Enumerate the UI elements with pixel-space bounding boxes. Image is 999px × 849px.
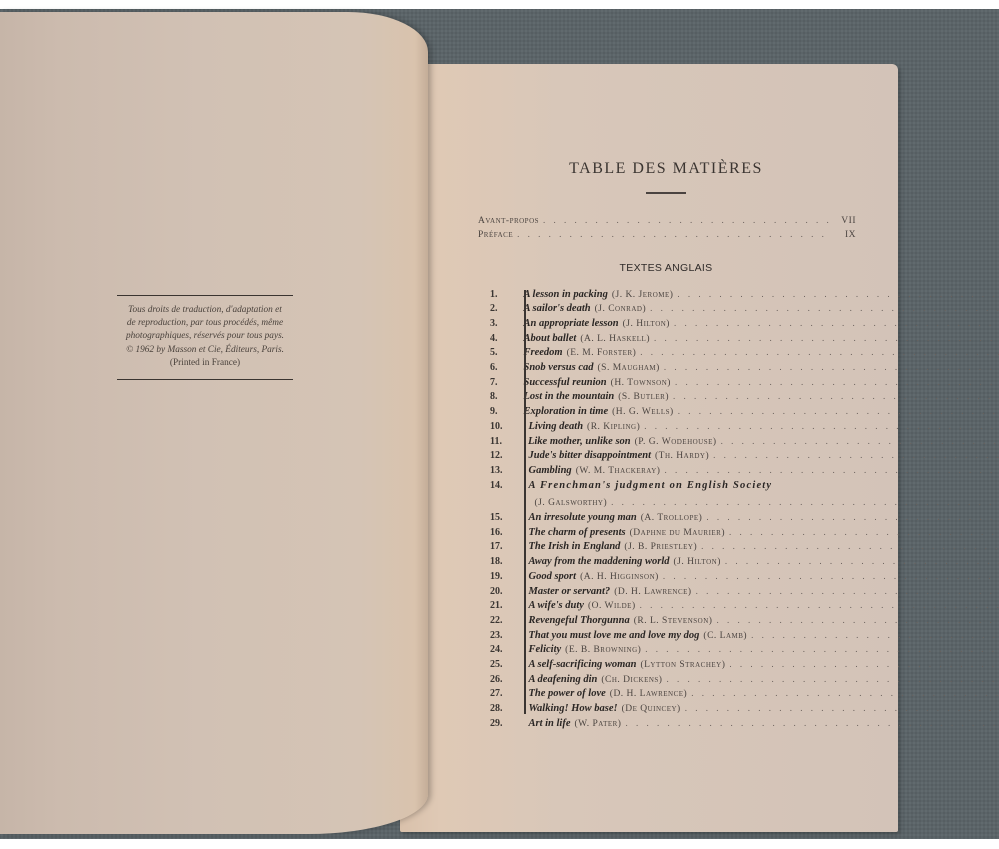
- entry-number: 2.: [476, 302, 498, 316]
- copyright-line: Tous droits de traduction, d'adaptation …: [117, 304, 293, 317]
- toc-entry: 12.Jude's bitter disappointment(Th. Hard…: [476, 449, 856, 464]
- front-matter-label: Avant-propos: [478, 215, 539, 228]
- entry-number: 14.: [476, 479, 503, 493]
- entry-title: The charm of presents: [529, 526, 626, 540]
- leader-dots: [664, 464, 999, 478]
- entry-author: (A. Trollope): [641, 512, 703, 526]
- toc-entry: 20.Master or servant?(D. H. Lawrence)40: [476, 585, 856, 600]
- entry-author: (W. Pater): [575, 718, 622, 732]
- toc-entry: 9.Exploration in time(H. G. Wells)18: [476, 405, 856, 420]
- entry-body: Revengeful Thorgunna(R. L. Stevenson)44: [503, 614, 999, 629]
- leader-dots: [729, 526, 999, 540]
- entry-author: (S. Maugham): [598, 362, 660, 376]
- copyright-notice: Tous droits de traduction, d'adaptation …: [117, 295, 293, 380]
- leader-dots: [543, 214, 830, 227]
- leader-dots: [625, 717, 999, 731]
- entry-author: (D. H. Lawrence): [614, 586, 691, 600]
- entry-body: A wife's duty(O. Wilde)42: [503, 599, 999, 614]
- leader-dots: [611, 496, 999, 510]
- entry-subline: (J. Galsworthy)28: [529, 496, 999, 511]
- entry-body: Exploration in time(H. G. Wells)18: [498, 405, 999, 420]
- leader-dots: [644, 420, 999, 434]
- entry-number: 10.: [476, 420, 503, 434]
- entry-list: 1.A lesson in packing(J. K. Jerome)22.A …: [476, 288, 856, 732]
- entry-author: (O. Wilde): [588, 600, 636, 614]
- leader-dots: [640, 346, 999, 360]
- leader-dots: [677, 288, 999, 302]
- entry-body: The power of love(D. H. Lawrence)54: [503, 687, 999, 702]
- front-matter-row: Préface IX: [478, 228, 856, 242]
- vertical-rule: [524, 290, 526, 714]
- entry-author: (J. B. Priestley): [624, 541, 697, 555]
- entry-number: 5.: [476, 346, 498, 360]
- toc-entry: 28.Walking! How base!(De Quincey)56: [476, 702, 856, 717]
- entry-number: 21.: [476, 599, 503, 613]
- toc-entry: 17.The Irish in England(J. B. Priestley)…: [476, 540, 856, 555]
- toc-entry: 24.Felicity(E. B. Browning)48: [476, 643, 856, 658]
- entry-number: 11.: [476, 435, 502, 449]
- entry-number: 22.: [476, 614, 503, 628]
- entry-number: 20.: [476, 585, 503, 599]
- entry-title: The power of love: [529, 687, 606, 701]
- entry-title: That you must love me and love my dog: [529, 629, 700, 643]
- leader-dots: [517, 228, 830, 241]
- page-title: TABLE DES MATIÈRES: [476, 160, 856, 178]
- entry-title: Lost in the mountain: [524, 390, 615, 404]
- entry-author: (Daphne du Maurier): [630, 527, 725, 541]
- entry-title: A lesson in packing: [524, 288, 608, 302]
- entry-author: (D. H. Lawrence): [610, 688, 687, 702]
- entry-title: Living death: [529, 420, 584, 434]
- table-of-contents: TABLE DES MATIÈRES Avant-propos VII Préf…: [476, 155, 856, 732]
- copyright-line: photographiques, réservés pour tous pays…: [117, 330, 293, 343]
- toc-entry: 1.A lesson in packing(J. K. Jerome)2: [476, 288, 856, 303]
- entry-number: 9.: [476, 405, 498, 419]
- copyright-line: de reproduction, par tous procédés, même: [117, 317, 293, 330]
- leader-dots: [691, 687, 999, 701]
- entry-number: 3.: [476, 317, 498, 331]
- front-matter: Avant-propos VII Préface IX: [476, 214, 856, 242]
- entry-body: An appropriate lesson(J. Hilton)6: [498, 317, 999, 332]
- entry-author: (P. G. Wodehouse): [635, 436, 717, 450]
- entry-body: Lost in the mountain(S. Butler)16: [498, 390, 999, 405]
- leader-dots: [725, 555, 999, 569]
- entry-number: 15.: [476, 511, 503, 525]
- toc-entry: 4.About ballet(A. L. Haskell)8: [476, 332, 856, 347]
- entry-number: 25.: [476, 658, 503, 672]
- entry-number: 23.: [476, 629, 503, 643]
- toc-entry: 18.Away from the maddening world(J. Hilt…: [476, 555, 856, 570]
- entry-author: (J. Conrad): [595, 303, 647, 317]
- toc-entry: 2.A sailor's death(J. Conrad)4: [476, 302, 856, 317]
- leader-dots: [664, 361, 999, 375]
- entry-title: Gambling: [529, 464, 572, 478]
- entry-number: 16.: [476, 526, 503, 540]
- entry-body: A deafening din(Ch. Dickens)52: [503, 673, 999, 688]
- entry-author: (S. Butler): [618, 391, 669, 405]
- entry-title: Master or servant?: [529, 585, 611, 599]
- entry-number: 24.: [476, 643, 503, 657]
- entry-author: (A. H. Higginson): [580, 571, 659, 585]
- toc-entry: 15.An irresolute young man(A. Trollope)3…: [476, 511, 856, 526]
- entry-author: (R. Kipling): [587, 421, 640, 435]
- entry-title: A Frenchman's judgment on English Societ…: [529, 479, 999, 493]
- entry-title: About ballet: [524, 332, 577, 346]
- leader-dots: [650, 302, 999, 316]
- entry-body: A lesson in packing(J. K. Jerome)2: [498, 288, 999, 303]
- leader-dots: [678, 405, 999, 419]
- left-page: Tous droits de traduction, d'adaptation …: [0, 12, 428, 834]
- entry-number: 12.: [476, 449, 503, 463]
- toc-entry: 22.Revengeful Thorgunna(R. L. Stevenson)…: [476, 614, 856, 629]
- leader-dots: [654, 332, 999, 346]
- leader-dots: [663, 570, 999, 584]
- entry-title: Good sport: [529, 570, 577, 584]
- toc-entry: 8.Lost in the mountain(S. Butler)16: [476, 390, 856, 405]
- leader-dots: [721, 435, 999, 449]
- entry-title: An irresolute young man: [529, 511, 637, 525]
- page-number: IX: [834, 229, 856, 242]
- entry-body: Snob versus cad(S. Maugham)12: [498, 361, 999, 376]
- entry-number: 6.: [476, 361, 498, 375]
- toc-entry: 27.The power of love(D. H. Lawrence)54: [476, 687, 856, 702]
- entry-author: (De Quincey): [622, 703, 681, 717]
- entry-author: (H. G. Wells): [612, 406, 674, 420]
- leader-dots: [645, 643, 999, 657]
- entry-body: Like mother, unlike son(P. G. Wodehouse)…: [502, 435, 999, 450]
- leader-dots: [666, 673, 999, 687]
- entry-body: That you must love me and love my dog(C.…: [503, 629, 999, 644]
- entry-author: (Lytton Strachey): [640, 659, 725, 673]
- entry-body: A self-sacrificing woman(Lytton Strachey…: [503, 658, 999, 673]
- toc-entry: 11.Like mother, unlike son(P. G. Wodehou…: [476, 435, 856, 450]
- toc-entry: 5.Freedom(E. M. Forster)10: [476, 346, 856, 361]
- entry-author: (J. Hilton): [674, 556, 721, 570]
- entry-body: Good sport(A. H. Higginson)38: [503, 570, 999, 585]
- toc-entry: 29.Art in life(W. Pater)58: [476, 717, 856, 732]
- entry-title: A deafening din: [529, 673, 598, 687]
- toc-entry: 3.An appropriate lesson(J. Hilton)6: [476, 317, 856, 332]
- entry-title: Away from the maddening world: [529, 555, 670, 569]
- entry-body: A Frenchman's judgment on English Societ…: [503, 479, 999, 511]
- entry-title: A sailor's death: [524, 302, 591, 316]
- toc-entry: 23.That you must love me and love my dog…: [476, 629, 856, 644]
- entry-number: 27.: [476, 687, 503, 701]
- entry-number: 1.: [476, 288, 498, 302]
- entry-title: Freedom: [524, 346, 563, 360]
- toc-entry: 14.A Frenchman's judgment on English Soc…: [476, 479, 856, 511]
- entry-body: The Irish in England(J. B. Priestley)34: [503, 540, 999, 555]
- leader-dots: [674, 317, 999, 331]
- toc-entry: 7.Successful reunion(H. Townson)14: [476, 376, 856, 391]
- entry-author: (W. M. Thackeray): [576, 465, 661, 479]
- entry-title: Snob versus cad: [524, 361, 594, 375]
- entry-title: A self-sacrificing woman: [529, 658, 637, 672]
- leader-dots: [640, 599, 999, 613]
- entry-body: Away from the maddening world(J. Hilton)…: [503, 555, 999, 570]
- entry-title: Like mother, unlike son: [528, 435, 631, 449]
- entry-author: (E. B. Browning): [565, 644, 641, 658]
- leader-dots: [751, 629, 999, 643]
- entry-title: An appropriate lesson: [524, 317, 619, 331]
- leader-dots: [729, 658, 999, 672]
- entry-number: 13.: [476, 464, 503, 478]
- entry-body: Gambling(W. M. Thackeray)26: [503, 464, 999, 479]
- entry-title: Felicity: [529, 643, 562, 657]
- entry-body: Felicity(E. B. Browning)48: [503, 643, 999, 658]
- front-matter-label: Préface: [478, 229, 513, 242]
- toc-entry: 16.The charm of presents(Daphne du Mauri…: [476, 526, 856, 541]
- toc-entry: 25.A self-sacrificing woman(Lytton Strac…: [476, 658, 856, 673]
- entry-title: The Irish in England: [529, 540, 621, 554]
- entry-number: 29.: [476, 717, 503, 731]
- entry-author: (E. M. Forster): [567, 347, 637, 361]
- entry-author: (Ch. Dickens): [601, 674, 662, 688]
- entry-title: Revengeful Thorgunna: [529, 614, 630, 628]
- entry-body: Freedom(E. M. Forster)10: [498, 346, 999, 361]
- leader-dots: [701, 540, 999, 554]
- entry-body: The charm of presents(Daphne du Maurier)…: [503, 526, 999, 541]
- leader-dots: [685, 702, 999, 716]
- entry-author: (Th. Hardy): [655, 450, 709, 464]
- entry-author: (J. Hilton): [623, 318, 670, 332]
- entry-number: 26.: [476, 673, 503, 687]
- toc-entry: 13.Gambling(W. M. Thackeray)26: [476, 464, 856, 479]
- entry-author: (H. Townson): [611, 377, 671, 391]
- entry-author: (R. L. Stevenson): [634, 615, 713, 629]
- title-divider: [646, 192, 686, 194]
- entry-number: 28.: [476, 702, 503, 716]
- front-matter-row: Avant-propos VII: [478, 214, 856, 228]
- entry-number: 19.: [476, 570, 503, 584]
- entry-body: Living death(R. Kipling)20: [503, 420, 999, 435]
- leader-dots: [675, 376, 999, 390]
- entry-title: Exploration in time: [524, 405, 609, 419]
- entry-author: (A. L. Haskell): [580, 333, 650, 347]
- entry-body: Jude's bitter disappointment(Th. Hardy)2…: [503, 449, 999, 464]
- toc-entry: 19.Good sport(A. H. Higginson)38: [476, 570, 856, 585]
- entry-title: Jude's bitter disappointment: [529, 449, 652, 463]
- entry-number: 4.: [476, 332, 498, 346]
- leader-dots: [673, 390, 999, 404]
- entry-body: Master or servant?(D. H. Lawrence)40: [503, 585, 999, 600]
- entry-number: 8.: [476, 390, 498, 404]
- leader-dots: [716, 614, 999, 628]
- entry-author: (J. K. Jerome): [612, 289, 674, 303]
- entry-body: Art in life(W. Pater)58: [503, 717, 999, 732]
- entry-body: An irresolute young man(A. Trollope)30: [503, 511, 999, 526]
- entry-number: 7.: [476, 376, 498, 390]
- entry-number: 18.: [476, 555, 503, 569]
- leader-dots: [706, 511, 999, 525]
- entry-author: (J. Galsworthy): [535, 497, 608, 511]
- entry-body: A sailor's death(J. Conrad)4: [498, 302, 999, 317]
- entry-title: Successful reunion: [524, 376, 607, 390]
- entry-title: A wife's duty: [529, 599, 584, 613]
- copyright-line: (Printed in France): [117, 357, 293, 370]
- entry-body: Walking! How base!(De Quincey)56: [503, 702, 999, 717]
- toc-entry: 10.Living death(R. Kipling)20: [476, 420, 856, 435]
- toc-entry: 26.A deafening din(Ch. Dickens)52: [476, 673, 856, 688]
- toc-entry: 21.A wife's duty(O. Wilde)42: [476, 599, 856, 614]
- entry-body: Successful reunion(H. Townson)14: [498, 376, 999, 391]
- toc-entry: 6.Snob versus cad(S. Maugham)12: [476, 361, 856, 376]
- leader-dots: [713, 449, 999, 463]
- entry-number: 17.: [476, 540, 503, 554]
- entry-title: Walking! How base!: [529, 702, 618, 716]
- entry-author: (C. Lamb): [703, 630, 747, 644]
- copyright-line: © 1962 by Masson et Cie, Éditeurs, Paris…: [117, 344, 293, 357]
- entry-title: Art in life: [529, 717, 571, 731]
- leader-dots: [696, 585, 999, 599]
- section-heading: TEXTES ANGLAIS: [476, 262, 856, 274]
- entry-body: About ballet(A. L. Haskell)8: [498, 332, 999, 347]
- page-number: VII: [834, 215, 856, 228]
